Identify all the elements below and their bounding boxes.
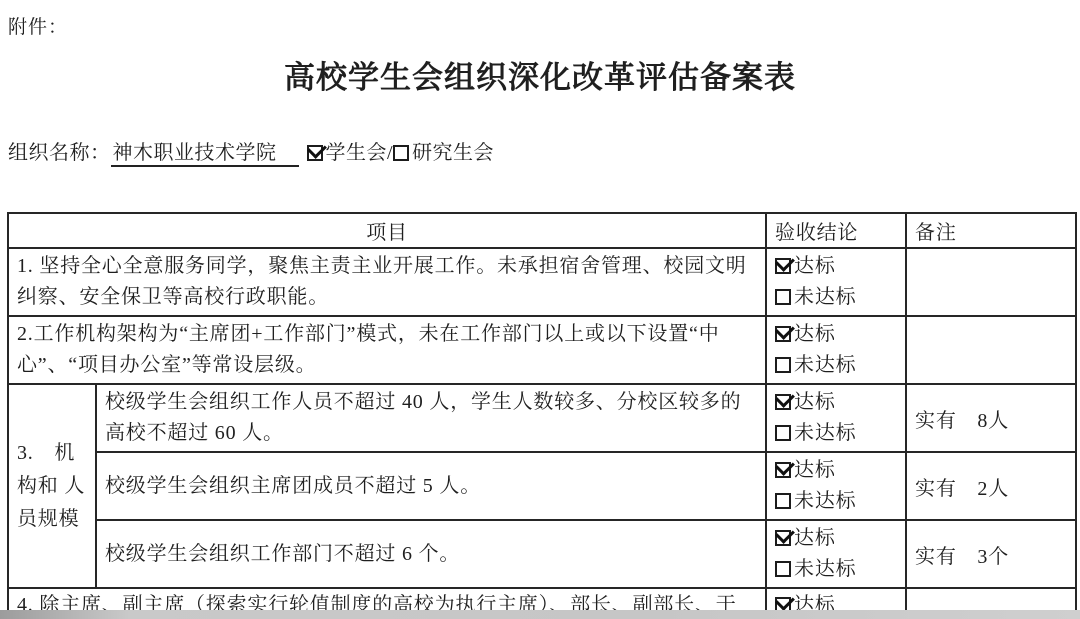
org-name-line: 组织名称：神木职业技术学院学生会/研究生会	[8, 136, 494, 165]
org-type-student-union-label: 学生会	[326, 142, 388, 164]
checkbox-unchecked-icon	[393, 145, 409, 161]
checkbox-unchecked-icon	[775, 357, 791, 373]
conclusion-cell: 达标 未达标	[766, 384, 906, 452]
fail-label: 未达标	[794, 490, 856, 512]
checkbox-unchecked-icon	[775, 561, 791, 577]
fail-option: 未达标	[775, 554, 897, 585]
pass-label: 达标	[794, 527, 836, 549]
remark-cell: 实有 2人	[906, 452, 1076, 520]
table-row: 校级学生会组织工作部门不超过 6 个。 达标 未达标 实有 3个	[8, 520, 1076, 588]
item-cell: 校级学生会组织工作人员不超过 40 人，学生人数较多、分校区较多的高校不超过 6…	[96, 384, 766, 452]
checkbox-unchecked-icon	[775, 425, 791, 441]
scan-bottom-edge	[0, 610, 1080, 619]
evaluation-table: 项目 验收结论 备注 1. 坚持全心全意服务同学，聚焦主责主业开展工作。未承担宿…	[7, 212, 1077, 619]
remark-cell: 实有 8人	[906, 384, 1076, 452]
org-name-label: 组织名称：	[8, 142, 111, 164]
checkbox-checked-icon	[775, 258, 791, 274]
pass-label: 达标	[794, 459, 836, 481]
conclusion-cell: 达标 未达标	[766, 248, 906, 316]
fail-label: 未达标	[794, 354, 856, 376]
attachment-label: 附件：	[8, 12, 68, 39]
remark-cell: 实有 3个	[906, 520, 1076, 588]
header-item: 项目	[8, 213, 766, 248]
item-cell: 校级学生会组织工作部门不超过 6 个。	[96, 520, 766, 588]
conclusion-cell: 达标 未达标	[766, 520, 906, 588]
pass-label: 达标	[794, 323, 836, 345]
org-name-underline: 神木职业技术学院	[111, 142, 299, 167]
fail-label: 未达标	[794, 286, 856, 308]
document-page: 附件： 高校学生会组织深化改革评估备案表 组织名称：神木职业技术学院学生会/研究…	[0, 0, 1080, 619]
table-row: 3. 机 构和 人 员规模 校级学生会组织工作人员不超过 40 人，学生人数较多…	[8, 384, 1076, 452]
checkbox-checked-icon	[307, 145, 323, 161]
item-cell: 1. 坚持全心全意服务同学，聚焦主责主业开展工作。未承担宿舍管理、校园文明纠察、…	[8, 248, 766, 316]
pass-option: 达标	[775, 387, 897, 418]
fail-label: 未达标	[794, 558, 856, 580]
pass-option: 达标	[775, 523, 897, 554]
item-cell: 2.工作机构架构为“主席团+工作部门”模式，未在工作部门以上或以下设置“中心”、…	[8, 316, 766, 384]
fail-option: 未达标	[775, 350, 897, 381]
remark-cell	[906, 316, 1076, 384]
table-header-row: 项目 验收结论 备注	[8, 213, 1076, 248]
checkbox-unchecked-icon	[775, 289, 791, 305]
pass-option: 达标	[775, 251, 897, 282]
table-row: 校级学生会组织主席团成员不超过 5 人。 达标 未达标 实有 2人	[8, 452, 1076, 520]
org-type-graduate-union-label: 研究生会	[412, 142, 494, 164]
table-row: 1. 坚持全心全意服务同学，聚焦主责主业开展工作。未承担宿舍管理、校园文明纠察、…	[8, 248, 1076, 316]
conclusion-cell: 达标 未达标	[766, 452, 906, 520]
pass-label: 达标	[794, 391, 836, 413]
fail-option: 未达标	[775, 418, 897, 449]
checkbox-unchecked-icon	[775, 493, 791, 509]
checkbox-checked-icon	[775, 530, 791, 546]
pass-option: 达标	[775, 455, 897, 486]
pass-option: 达标	[775, 319, 897, 350]
header-conclusion: 验收结论	[766, 213, 906, 248]
pass-label: 达标	[794, 255, 836, 277]
remark-cell	[906, 248, 1076, 316]
checkbox-checked-icon	[775, 326, 791, 342]
fail-label: 未达标	[794, 422, 856, 444]
header-remark: 备注	[906, 213, 1076, 248]
group-label-cell: 3. 机 构和 人 员规模	[8, 384, 96, 588]
fail-option: 未达标	[775, 486, 897, 517]
item-cell: 校级学生会组织主席团成员不超过 5 人。	[96, 452, 766, 520]
checkbox-checked-icon	[775, 394, 791, 410]
table-row: 2.工作机构架构为“主席团+工作部门”模式，未在工作部门以上或以下设置“中心”、…	[8, 316, 1076, 384]
checkbox-checked-icon	[775, 462, 791, 478]
page-title: 高校学生会组织深化改革评估备案表	[0, 52, 1080, 97]
conclusion-cell: 达标 未达标	[766, 316, 906, 384]
fail-option: 未达标	[775, 282, 897, 313]
org-name-value: 神木职业技术学院	[113, 142, 277, 164]
